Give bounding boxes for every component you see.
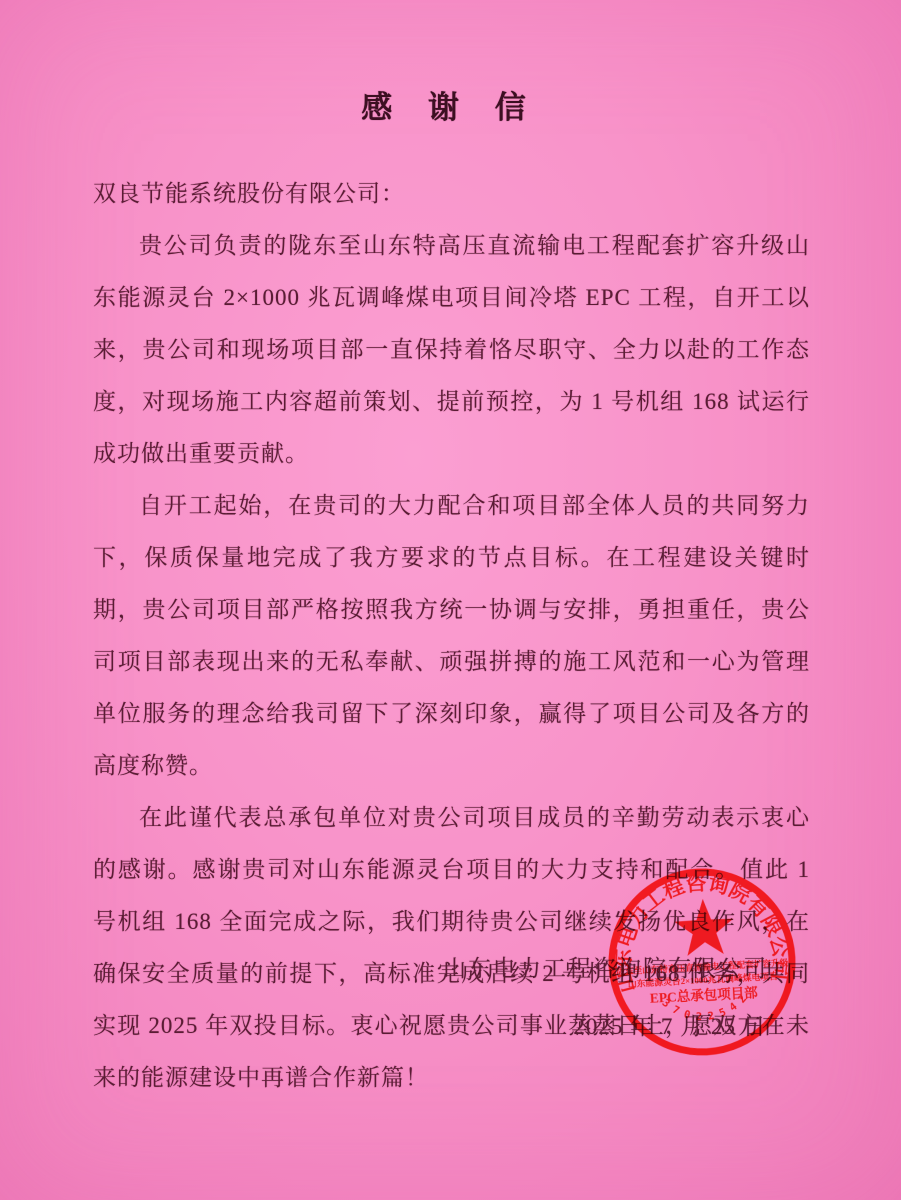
seal-star-icon — [673, 897, 735, 956]
paragraph-1: 贵公司负责的陇东至山东特高压直流输电工程配套扩容升级山东能源灵台 2×1000 … — [93, 220, 810, 480]
letter-title: 感 谢 信 — [0, 82, 901, 127]
letter-paper: 感 谢 信 双良节能系统股份有限公司： 贵公司负责的陇东至山东特高压直流输电工程… — [0, 0, 901, 1200]
salutation: 双良节能系统股份有限公司： — [93, 168, 810, 220]
official-seal: 山东电力工程咨询院有限公司 陇东至山东特高压直流输电工程配套扩容升级 山东能源灵… — [597, 857, 807, 1067]
paragraph-2: 自开工起始，在贵司的大力配合和项目部全体人员的共同努力下，保质保量地完成了我方要… — [93, 480, 810, 792]
